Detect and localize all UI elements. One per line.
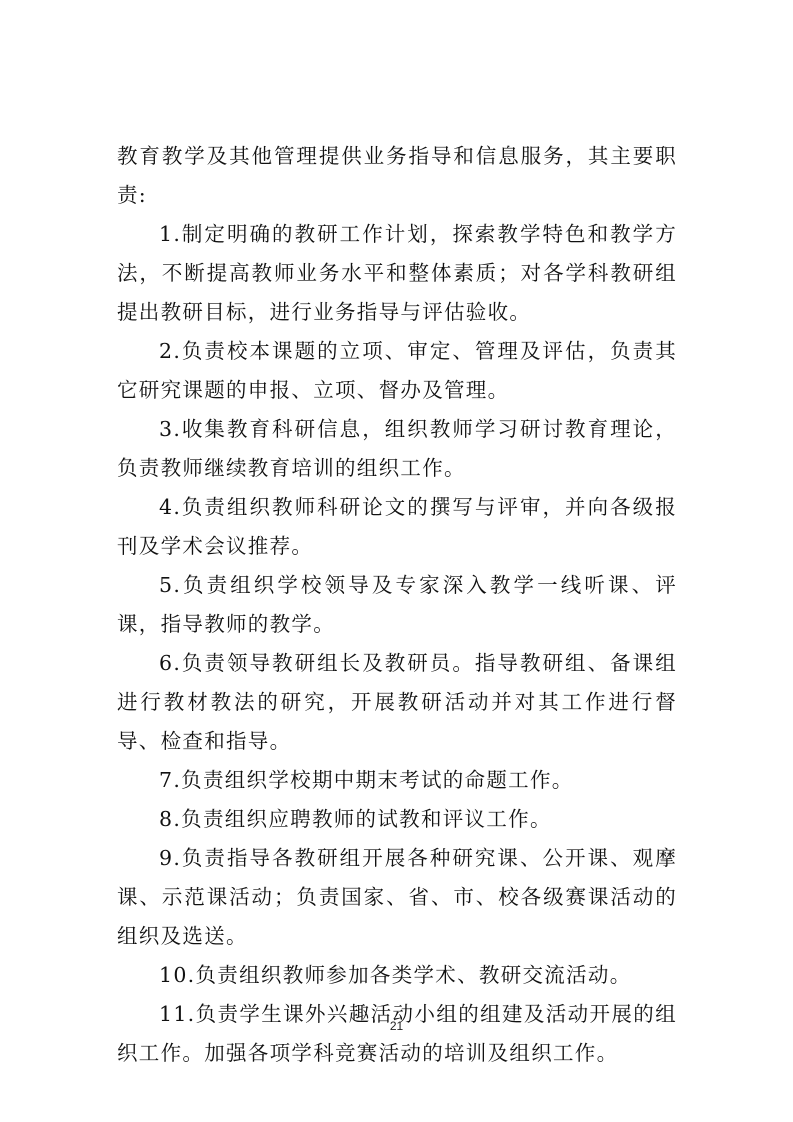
duty-item-11: 11.负责学生课外兴趣活动小组的组建及活动开展的组织工作。加强各项学科竞赛活动的… [117,995,677,1073]
page-number: 21 [0,1019,793,1033]
duty-item-7: 7.负责组织学校期中期末考试的命题工作。 [117,761,677,800]
document-page: 教育教学及其他管理提供业务指导和信息服务，其主要职责: 1.制定明确的教研工作计… [117,137,677,1073]
duty-item-3: 3.收集教育科研信息，组织教师学习研讨教育理论，负责教师继续教育培训的组织工作。 [117,410,677,488]
duty-item-10: 10.负责组织教师参加各类学术、教研交流活动。 [117,956,677,995]
duty-item-1: 1.制定明确的教研工作计划，探索教学特色和教学方法，不断提高教师业务水平和整体素… [117,215,677,332]
duty-item-2: 2.负责校本课题的立项、审定、管理及评估，负责其它研究课题的申报、立项、督办及管… [117,332,677,410]
duty-item-8: 8.负责组织应聘教师的试教和评议工作。 [117,800,677,839]
duty-item-4: 4.负责组织教师科研论文的撰写与评审，并向各级报刊及学术会议推荐。 [117,488,677,566]
duty-item-6: 6.负责领导教研组长及教研员。指导教研组、备课组进行教材教法的研究，开展教研活动… [117,644,677,761]
duty-item-5: 5.负责组织学校领导及专家深入教学一线听课、评课，指导教师的教学。 [117,566,677,644]
opening-paragraph: 教育教学及其他管理提供业务指导和信息服务，其主要职责: [117,137,677,215]
duty-item-9: 9.负责指导各教研组开展各种研究课、公开课、观摩课、示范课活动；负责国家、省、市… [117,839,677,956]
